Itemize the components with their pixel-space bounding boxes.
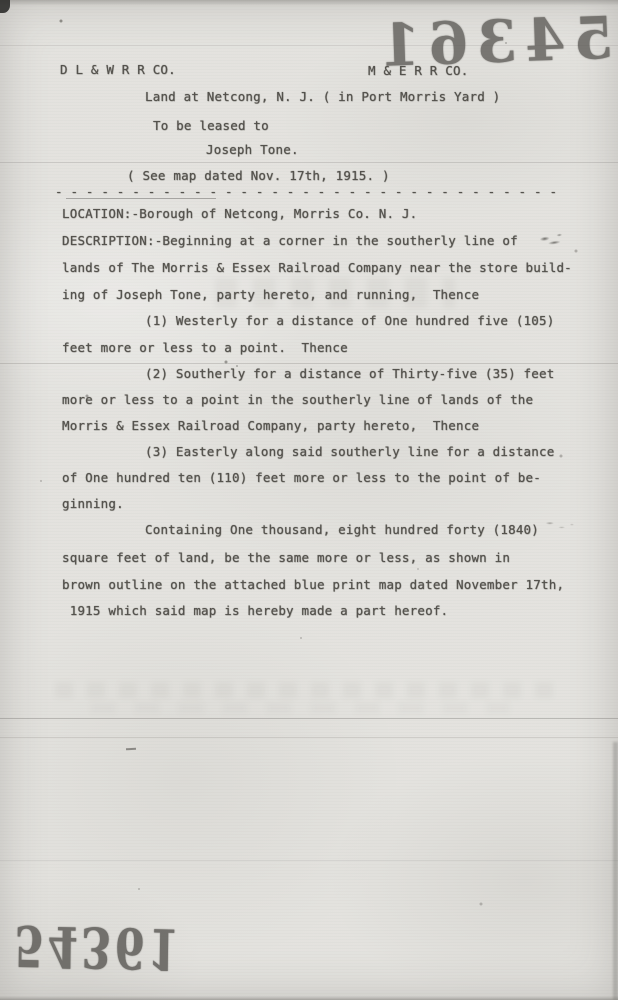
doc-title-line: To be leased to [153, 118, 269, 134]
doc-line: Morris & Essex Railroad Company, party h… [62, 418, 479, 434]
doc-line: square feet of land, be the same more or… [62, 550, 510, 566]
scanned-document-page: 54361 54361 D L & W R R CO. M & E R R CO… [0, 0, 618, 1000]
doc-line: (3) Easterly along said southerly line f… [145, 444, 554, 460]
company-name-left: D L & W R R CO. [60, 62, 176, 78]
doc-line: feet more or less to a point. Thence [62, 340, 348, 356]
map-reference: ( See map dated Nov. 17th, 1915. ) [127, 168, 390, 184]
scan-corner-artifact [0, 0, 10, 13]
fold-line [0, 363, 618, 364]
fold-line [0, 860, 618, 861]
bleedthrough-ghost [55, 682, 555, 698]
scan-edge-top [0, 0, 618, 6]
scan-edge-right [613, 742, 618, 1000]
pencil-mark [543, 519, 577, 533]
dashed-separator: - - - - - - - - - - - - - - - - - - - - … [55, 184, 557, 200]
fold-line [0, 162, 618, 163]
scan-edge-bottom [0, 996, 618, 1000]
doc-line: brown outline on the attached blue print… [62, 577, 564, 593]
fold-line [0, 737, 618, 738]
doc-line: ing of Joseph Tone, party hereto, and ru… [62, 287, 479, 303]
file-number-stamp-bottom: 54361 [14, 912, 182, 982]
doc-line: 1915 which said map is hereby made a par… [62, 603, 448, 619]
doc-line: LOCATION:-Borough of Netcong, Morris Co.… [62, 206, 417, 222]
bleedthrough-ghost [90, 702, 510, 714]
company-name-right: M & E R R CO. [368, 63, 468, 79]
scan-speckles [0, 0, 2, 2]
doc-line: ginning. [62, 496, 124, 512]
doc-line: DESCRIPTION:-Beginning at a corner in th… [62, 233, 518, 249]
doc-line: of One hundred ten (110) feet more or le… [62, 470, 541, 486]
doc-line: Containing One thousand, eight hundred f… [145, 522, 539, 538]
doc-line: more or less to a point in the southerly… [62, 392, 533, 408]
stray-dash [126, 748, 136, 751]
fold-line [0, 718, 618, 719]
lessee-name: Joseph Tone. [206, 142, 299, 158]
doc-line: lands of The Morris & Essex Railroad Com… [62, 260, 572, 276]
doc-title-line: Land at Netcong, N. J. ( in Port Morris … [145, 89, 500, 105]
ink-smudge [535, 230, 567, 251]
doc-line: (2) Southerly for a distance of Thirty-f… [145, 366, 554, 382]
doc-line: (1) Westerly for a distance of One hundr… [145, 313, 554, 329]
